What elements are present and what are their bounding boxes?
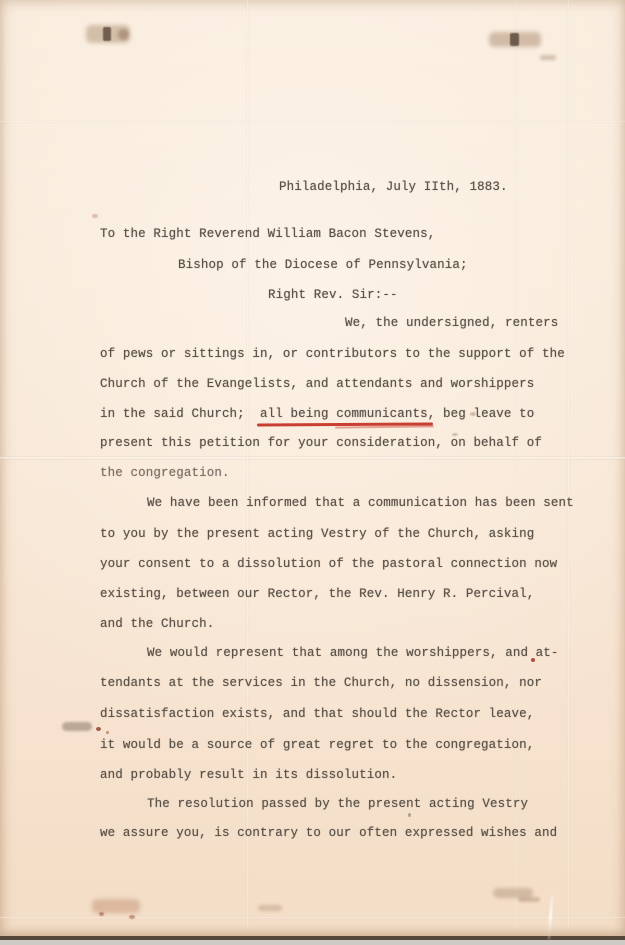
typed-line: Church of the Evangelists, and attendant… bbox=[100, 377, 534, 392]
typed-line: and the Church. bbox=[100, 617, 214, 632]
phrase-marked: all being communicants bbox=[260, 407, 428, 421]
dateline: Philadelphia, July IIth, 1883. bbox=[279, 180, 508, 195]
ink-smudge-top-right-core bbox=[510, 33, 519, 46]
typed-line-with-annotation: in the said Church; all being communican… bbox=[100, 407, 534, 422]
typed-line: present this petition for your considera… bbox=[100, 436, 542, 451]
paper-sheet: Philadelphia, July IIth, 1883. To the Ri… bbox=[0, 0, 625, 940]
scanned-letter-page: Philadelphia, July IIth, 1883. To the Ri… bbox=[0, 0, 625, 945]
phrase-after: , beg leave to bbox=[428, 407, 535, 421]
vertical-fold-crease bbox=[515, 0, 518, 927]
red-speck bbox=[92, 214, 98, 218]
paper-crease-bottom-right bbox=[547, 895, 553, 940]
typed-line: tendants at the services in the Church, … bbox=[100, 676, 542, 691]
red-underlined-phrase: all being communicants bbox=[260, 407, 428, 422]
horizontal-fold-crease bbox=[0, 456, 625, 460]
typed-line: dissatisfaction exists, and that should … bbox=[100, 707, 534, 722]
typed-line: the congregation. bbox=[100, 466, 230, 481]
vertical-fold-crease bbox=[567, 0, 570, 927]
address-line-2: Bishop of the Diocese of Pennsylvania; bbox=[178, 258, 468, 273]
ink-smudge-top-left-trail bbox=[118, 29, 129, 40]
typed-line: and probably result in its dissolution. bbox=[100, 768, 397, 783]
stain-bottom-center bbox=[258, 905, 282, 911]
stain-bottom-right bbox=[518, 897, 540, 902]
typed-line: existing, between our Rector, the Rev. H… bbox=[100, 587, 534, 602]
red-speck bbox=[96, 727, 101, 731]
ink-smudge-top-right-trail bbox=[540, 55, 556, 60]
phrase-before: in the said Church; bbox=[100, 407, 260, 421]
ink-smudge-top-left bbox=[86, 25, 130, 43]
ink-smudge-top-left-core bbox=[103, 27, 111, 41]
gray-speck bbox=[408, 813, 411, 817]
typed-line: your consent to a dissolution of the pas… bbox=[100, 557, 557, 572]
stain-bottom-right bbox=[493, 888, 533, 898]
typed-line: it would be a source of great regret to … bbox=[100, 738, 534, 753]
ink-smudge-top-right bbox=[489, 32, 541, 47]
typed-line: The resolution passed by the present act… bbox=[147, 797, 528, 812]
salutation: Right Rev. Sir:-- bbox=[268, 288, 398, 303]
typed-line: We would represent that among the worshi… bbox=[147, 646, 559, 661]
typed-line: We, the undersigned, renters bbox=[345, 316, 558, 331]
stain-speck bbox=[99, 912, 104, 916]
typed-line: We have been informed that a communicati… bbox=[147, 496, 574, 511]
vertical-fold-crease bbox=[246, 0, 249, 927]
horizontal-fold-crease bbox=[0, 120, 625, 123]
red-speck bbox=[106, 731, 109, 734]
stain-speck bbox=[129, 915, 135, 919]
typed-line: of pews or sittings in, or contributors … bbox=[100, 347, 565, 362]
red-underline-annotation-secondary bbox=[335, 425, 434, 428]
typed-line: we assure you, is contrary to our often … bbox=[100, 826, 557, 841]
typed-line: to you by the present acting Vestry of t… bbox=[100, 527, 534, 542]
horizontal-fold-crease bbox=[0, 916, 625, 919]
stain-left-margin bbox=[62, 722, 92, 731]
red-underline-annotation bbox=[257, 422, 433, 426]
address-line-1: To the Right Reverend William Bacon Stev… bbox=[100, 227, 435, 242]
stain-bottom-left bbox=[92, 899, 140, 913]
